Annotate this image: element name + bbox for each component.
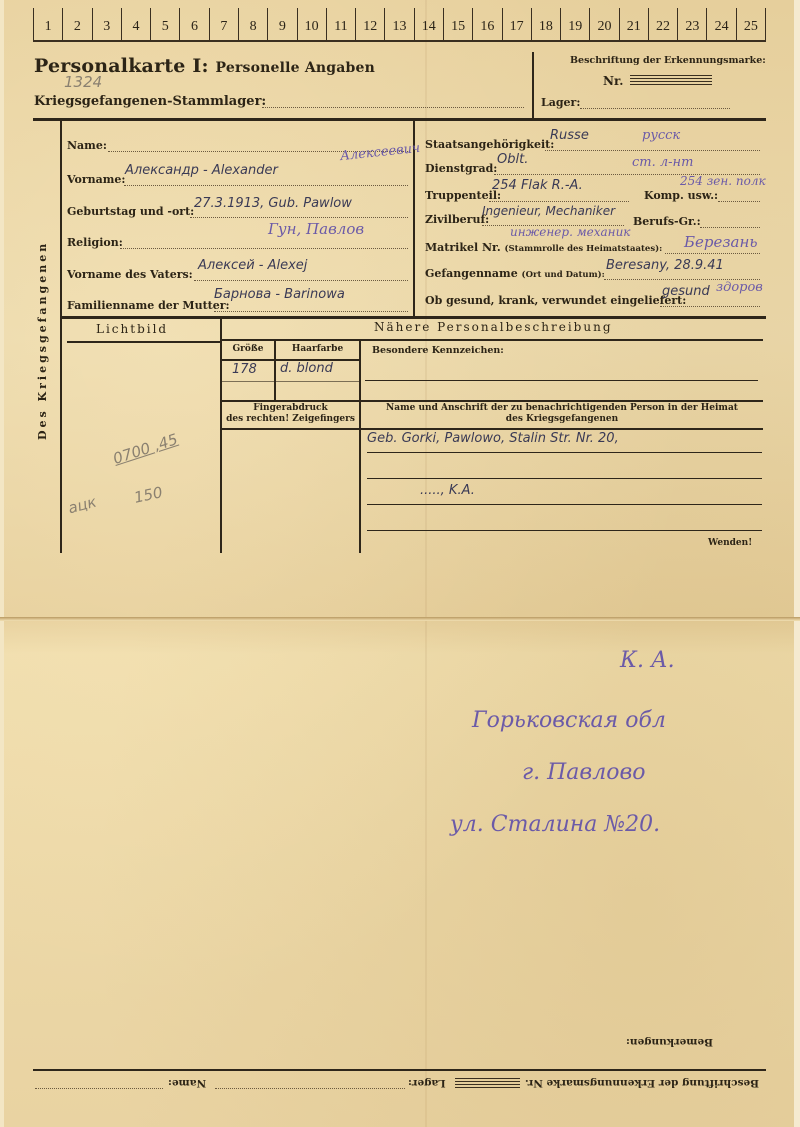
staatsangehoerigkeit-field	[545, 150, 760, 151]
lichtbild-rule	[67, 341, 220, 343]
number-cell: 14	[414, 8, 443, 40]
pb-rule	[222, 339, 763, 341]
wenden-label: Wenden!	[708, 538, 752, 548]
lichtbild-divider	[220, 319, 222, 553]
erkennungsmarke-heading: Beschriftung der Erkennungsmarke:	[570, 55, 766, 66]
zivilberuf-label: Zivilberuf:	[425, 213, 489, 226]
zivilberuf-value: Ingenieur, Mechaniker	[482, 204, 615, 218]
benach-rule	[361, 428, 763, 430]
number-cell: 3	[92, 8, 121, 40]
dienstgrad-label: Dienstgrad:	[425, 162, 497, 175]
eingeliefert-label: Ob gesund, krank, verwundet eingeliefert…	[425, 294, 686, 307]
matrikel-label: Matrikel Nr. (Stammrolle des Heimatstaat…	[425, 241, 662, 254]
footer-lager: Lager:	[408, 1077, 446, 1089]
number-cell: 9	[267, 8, 296, 40]
nr-field	[630, 75, 712, 85]
lager-label: Lager:	[541, 96, 580, 109]
mutter-label: Familienname der Mutter:	[67, 299, 230, 312]
paper-edge-left	[0, 0, 4, 1127]
number-cell: 23	[677, 8, 706, 40]
vater-value: Алексей - Alexej	[198, 258, 307, 273]
benach-label-2: des Kriegsgefangenen	[361, 414, 763, 425]
footer-nr-field	[455, 1078, 520, 1088]
footer-name-field	[35, 1088, 163, 1089]
number-cell: 12	[355, 8, 384, 40]
stammlager-pencil-note: 1324	[64, 73, 102, 91]
vater-label: Vorname des Vaters:	[67, 268, 193, 281]
number-cell: 13	[384, 8, 413, 40]
name-label: Name:	[67, 139, 107, 152]
staatsangehoerigkeit-value: Russe	[550, 128, 589, 143]
truppenteil-value: 254 Flak R.-A.	[492, 178, 583, 193]
gefangenname-label-text: Gefangenname	[425, 267, 518, 280]
paper-edge-right	[794, 0, 800, 1127]
matrikel-label-paren: (Stammrolle des Heimatstaates):	[505, 244, 663, 254]
section-rule	[60, 316, 766, 319]
number-cell: 25	[736, 8, 766, 40]
number-cell: 5	[150, 8, 179, 40]
number-strip: 1234567891011121314151617181920212223242…	[33, 8, 766, 42]
number-cell: 6	[179, 8, 208, 40]
benach-line-2-rule-b	[367, 504, 762, 505]
finger-rule	[222, 400, 763, 402]
religion-field	[120, 248, 408, 249]
gefangenname-label: Gefangenname (Ort und Datum):	[425, 267, 605, 280]
zivilberuf-annotation: инженер. механик	[510, 225, 630, 239]
footer-beschriftung: Beschriftung der Erkennungsmarke Nr.	[525, 1077, 759, 1089]
finger-box-rule	[222, 428, 359, 430]
komp-label: Komp. usw.:	[644, 189, 718, 202]
lichtbild-heading: Lichtbild	[96, 322, 168, 336]
staatsangehoerigkeit-label: Staatsangehörigkeit:	[425, 138, 554, 151]
pb-divider	[359, 339, 361, 553]
geburtstag-annotation: Гун, Павлов	[268, 220, 364, 238]
number-cell: 1	[33, 8, 62, 40]
truppenteil-field	[489, 201, 629, 202]
vorname-field	[124, 185, 408, 186]
berufsgr-label: Berufs-Gr.:	[633, 215, 701, 228]
paper-fold	[0, 617, 800, 621]
number-cell: 7	[209, 8, 238, 40]
lower-annotation-1: К. А.	[620, 648, 675, 673]
staatsangehoerigkeit-annotation: русск	[642, 128, 680, 143]
number-cell: 11	[326, 8, 355, 40]
geburtstag-label: Geburtstag und -ort:	[67, 205, 194, 218]
benach-line-3-rule	[367, 530, 762, 531]
matrikel-field	[665, 253, 760, 254]
title-main: Personalkarte I:	[34, 55, 209, 77]
footer-lager-field	[215, 1088, 405, 1089]
number-cell: 18	[531, 8, 560, 40]
geburtstag-field	[190, 217, 408, 218]
truppenteil-annotation: 254 зен. полк	[680, 174, 766, 188]
eingeliefert-field	[660, 306, 760, 307]
footer-rule	[33, 1069, 766, 1071]
finger-label-2: des rechten! Zeigefingers	[222, 414, 359, 425]
eingeliefert-annotation: здоров	[716, 280, 763, 295]
number-cell: 17	[502, 8, 531, 40]
vorname-value: Александр - Alexander	[125, 163, 278, 178]
benach-line-1: Geb. Gorki, Pawlowo, Stalin Str. Nr. 20,	[367, 431, 619, 446]
number-cell: 15	[443, 8, 472, 40]
number-cell: 10	[297, 8, 326, 40]
number-cell: 2	[62, 8, 91, 40]
besondere-label: Besondere Kennzeichen:	[372, 345, 504, 356]
besondere-line	[365, 380, 758, 381]
gefangenname-label-paren: (Ort und Datum):	[522, 270, 605, 280]
benach-label: Name und Anschrift der zu benachrichtige…	[361, 403, 763, 425]
footer-name: Name:	[168, 1077, 206, 1089]
number-cell: 24	[706, 8, 735, 40]
header-rule	[33, 118, 766, 121]
lower-annotation-3: г. Павлово	[522, 760, 646, 785]
title-subtitle: Personelle Angaben	[215, 60, 375, 76]
haarfarbe-label: Haarfarbe	[276, 344, 359, 354]
mutter-value: Барнова - Barinowa	[214, 287, 345, 302]
number-cell: 4	[121, 8, 150, 40]
nr-label: Nr.	[603, 74, 623, 88]
number-cell: 21	[619, 8, 648, 40]
benach-line-2: ....., K.A.	[420, 483, 475, 498]
stammlager-label: Kriegsgefangenen-Stammlager:	[34, 94, 266, 109]
benach-line-1-rule	[367, 452, 762, 453]
number-cell: 20	[589, 8, 618, 40]
finger-label: Fingerabdruck des rechten! Zeigefingers	[222, 403, 359, 425]
vorname-label: Vorname:	[67, 173, 125, 186]
number-cell: 8	[238, 8, 267, 40]
lower-annotation-2: Горьковская обл	[472, 708, 666, 733]
groesse-underline	[222, 381, 359, 382]
bemerkungen-label: Bemerkungen:	[626, 1036, 713, 1048]
finger-label-1: Fingerabdruck	[222, 403, 359, 414]
dienstgrad-annotation: ст. л-нт	[632, 155, 693, 170]
vertical-label: Des Kriegsgefangenen	[36, 241, 49, 440]
number-cell: 19	[560, 8, 589, 40]
number-cell: 16	[472, 8, 501, 40]
number-cell: 22	[648, 8, 677, 40]
benach-label-1: Name und Anschrift der zu benachrichtige…	[361, 403, 763, 414]
geburtstag-value: 27.3.1913, Gub. Pawlow	[194, 196, 352, 211]
berufsgr-field	[700, 227, 760, 228]
eingeliefert-value: gesund	[662, 284, 710, 299]
stammlager-field	[262, 107, 524, 108]
groesse-value: 178	[232, 362, 257, 377]
groesse-label: Größe	[222, 344, 274, 354]
komp-field	[718, 201, 760, 202]
header-divider	[532, 52, 534, 120]
mutter-field	[214, 311, 408, 312]
matrikel-label-text: Matrikel Nr.	[425, 241, 501, 254]
dienstgrad-value: Oblt.	[497, 152, 528, 167]
lower-annotation-4: ул. Сталина №20.	[450, 812, 660, 837]
lager-field	[580, 108, 730, 109]
matrikel-annotation: Березань	[684, 233, 758, 251]
religion-label: Religion:	[67, 236, 123, 249]
left-margin-rule	[60, 121, 62, 553]
haarfarbe-value: d. blond	[280, 361, 333, 376]
personalbeschreibung-heading: Nähere Personalbeschreibung	[374, 320, 613, 334]
vater-field	[194, 280, 408, 281]
gefangenname-value: Beresany, 28.9.41	[606, 258, 724, 273]
benach-line-2-rule-a	[367, 478, 762, 479]
